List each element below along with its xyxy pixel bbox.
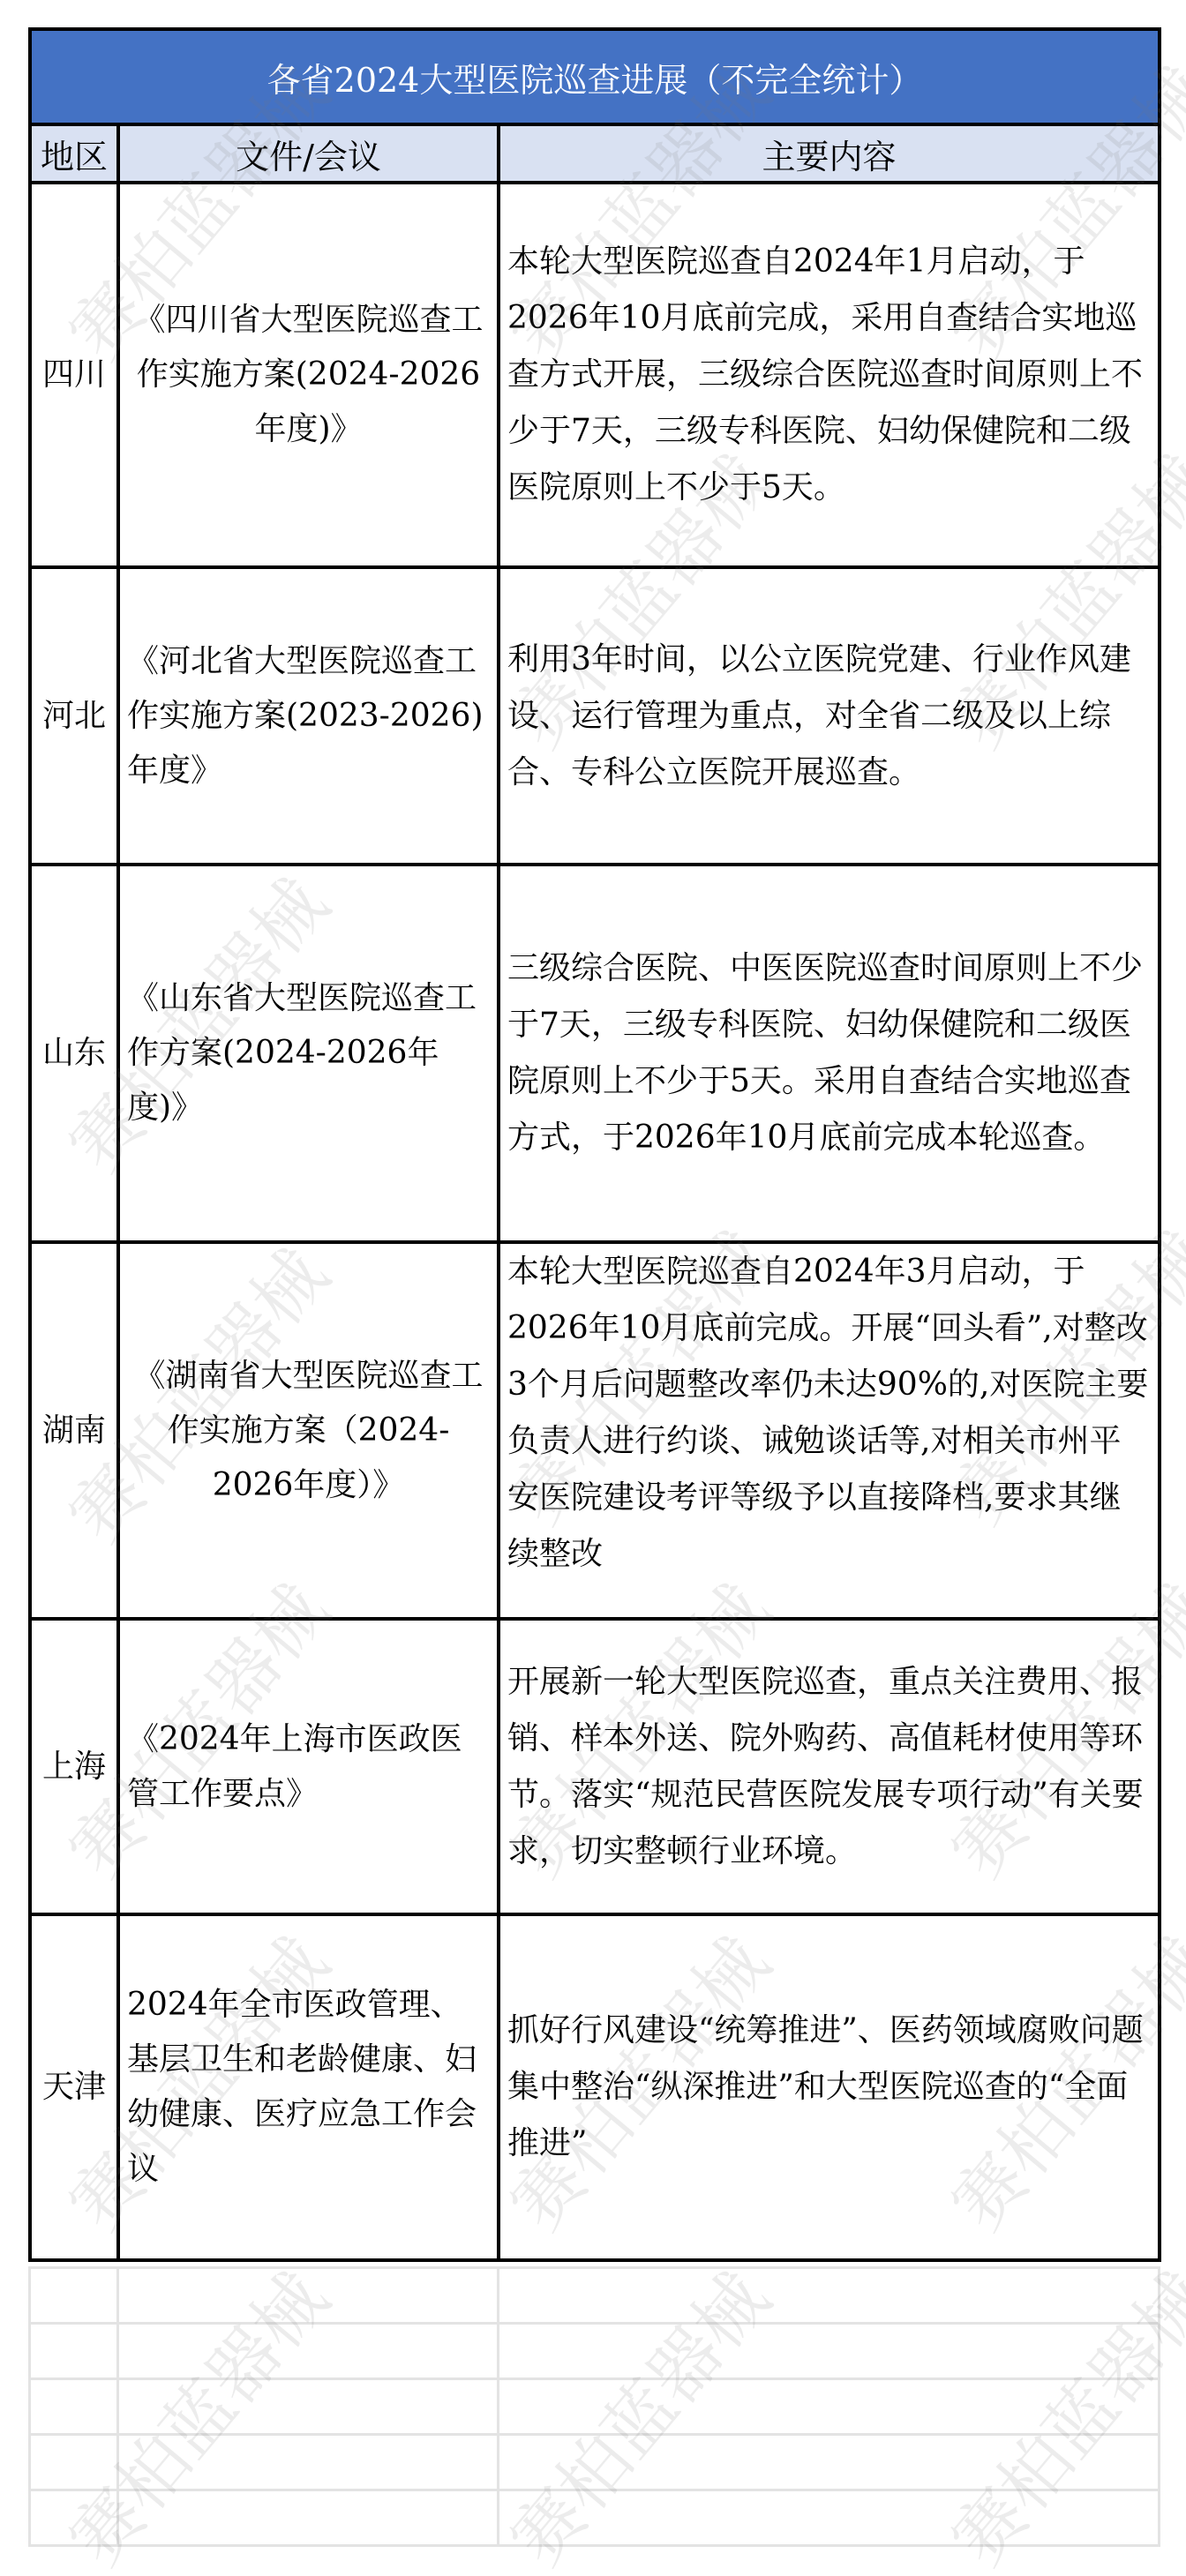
region-cell: 四川 xyxy=(30,183,118,567)
column-header-content: 主要内容 xyxy=(499,124,1160,183)
empty-cell[interactable] xyxy=(30,2324,118,2379)
empty-cell[interactable] xyxy=(499,2435,1160,2490)
document-cell: 《湖南省大型医院巡查工作实施方案（2024-2026年度）》 xyxy=(118,1242,499,1619)
empty-cell[interactable] xyxy=(118,2490,499,2546)
empty-cell[interactable] xyxy=(499,2268,1160,2324)
content-cell: 开展新一轮大型医院巡查，重点关注费用、报销、样本外送、院外购药、高值耗材使用等环… xyxy=(499,1619,1160,1914)
empty-row xyxy=(30,2268,1160,2324)
region-cell: 湖南 xyxy=(30,1242,118,1619)
column-header-region: 地区 xyxy=(30,124,118,183)
content-cell-text: 本轮大型医院巡查自2024年3月启动，于2026年10月底前完成。开展“回头看”… xyxy=(507,1244,1151,1614)
document-cell: 《四川省大型医院巡查工作实施方案(2024-2026年度)》 xyxy=(118,183,499,567)
table-row: 上海 《2024年上海市医政医管工作要点》 开展新一轮大型医院巡查，重点关注费用… xyxy=(30,1619,1160,1914)
empty-cell[interactable] xyxy=(118,2379,499,2435)
empty-cell[interactable] xyxy=(30,2379,118,2435)
spreadsheet-table: 各省2024大型医院巡查进展（不完全统计） 地区 文件/会议 主要内容 四川 《… xyxy=(28,27,1158,2262)
document-cell: 《2024年上海市医政医管工作要点》 xyxy=(118,1619,499,1914)
content-cell: 三级综合医院、中医医院巡查时间原则上不少于7天，三级专科医院、妇幼保健院和二级医… xyxy=(499,865,1160,1242)
empty-row xyxy=(30,2490,1160,2546)
empty-cell[interactable] xyxy=(30,2435,118,2490)
table-row: 河北 《河北省大型医院巡查工作实施方案(2023-2026)年度》 利用3年时间… xyxy=(30,567,1160,865)
region-cell: 上海 xyxy=(30,1619,118,1914)
content-cell: 利用3年时间，以公立医院党建、行业作风建设、运行管理为重点，对全省二级及以上综合… xyxy=(499,567,1160,865)
empty-cell[interactable] xyxy=(499,2324,1160,2379)
region-cell: 天津 xyxy=(30,1914,118,2260)
empty-cell[interactable] xyxy=(30,2490,118,2546)
empty-row xyxy=(30,2379,1160,2435)
document-cell: 《山东省大型医院巡查工作方案(2024-2026年度)》 xyxy=(118,865,499,1242)
content-cell: 抓好行风建设“统筹推进”、医药领域腐败问题集中整治“纵深推进”和大型医院巡查的“… xyxy=(499,1914,1160,2260)
table-row: 四川 《四川省大型医院巡查工作实施方案(2024-2026年度)》 本轮大型医院… xyxy=(30,183,1160,567)
document-cell: 2024年全市医政管理、基层卫生和老龄健康、妇幼健康、医疗应急工作会议 xyxy=(118,1914,499,2260)
empty-row xyxy=(30,2324,1160,2379)
empty-cell[interactable] xyxy=(499,2379,1160,2435)
empty-cell[interactable] xyxy=(118,2268,499,2324)
table-row: 山东 《山东省大型医院巡查工作方案(2024-2026年度)》 三级综合医院、中… xyxy=(30,865,1160,1242)
region-cell: 河北 xyxy=(30,567,118,865)
content-cell: 本轮大型医院巡查自2024年3月启动，于2026年10月底前完成。开展“回头看”… xyxy=(499,1242,1160,1619)
empty-grid-rows xyxy=(28,2266,1158,2547)
region-cell: 山东 xyxy=(30,865,118,1242)
table-title: 各省2024大型医院巡查进展（不完全统计） xyxy=(30,29,1160,124)
table-row: 天津 2024年全市医政管理、基层卫生和老龄健康、妇幼健康、医疗应急工作会议 抓… xyxy=(30,1914,1160,2260)
document-cell: 《河北省大型医院巡查工作实施方案(2023-2026)年度》 xyxy=(118,567,499,865)
empty-cell[interactable] xyxy=(118,2324,499,2379)
table-row: 湖南 《湖南省大型医院巡查工作实施方案（2024-2026年度）》 本轮大型医院… xyxy=(30,1242,1160,1619)
inspection-progress-table: 各省2024大型医院巡查进展（不完全统计） 地区 文件/会议 主要内容 四川 《… xyxy=(28,27,1161,2262)
column-header-document: 文件/会议 xyxy=(118,124,499,183)
header-row: 地区 文件/会议 主要内容 xyxy=(30,124,1160,183)
empty-grid-table xyxy=(28,2266,1160,2547)
empty-cell[interactable] xyxy=(30,2268,118,2324)
empty-row xyxy=(30,2435,1160,2490)
empty-cell[interactable] xyxy=(118,2435,499,2490)
empty-cell[interactable] xyxy=(499,2490,1160,2546)
content-cell: 本轮大型医院巡查自2024年1月启动，于2026年10月底前完成，采用自查结合实… xyxy=(499,183,1160,567)
